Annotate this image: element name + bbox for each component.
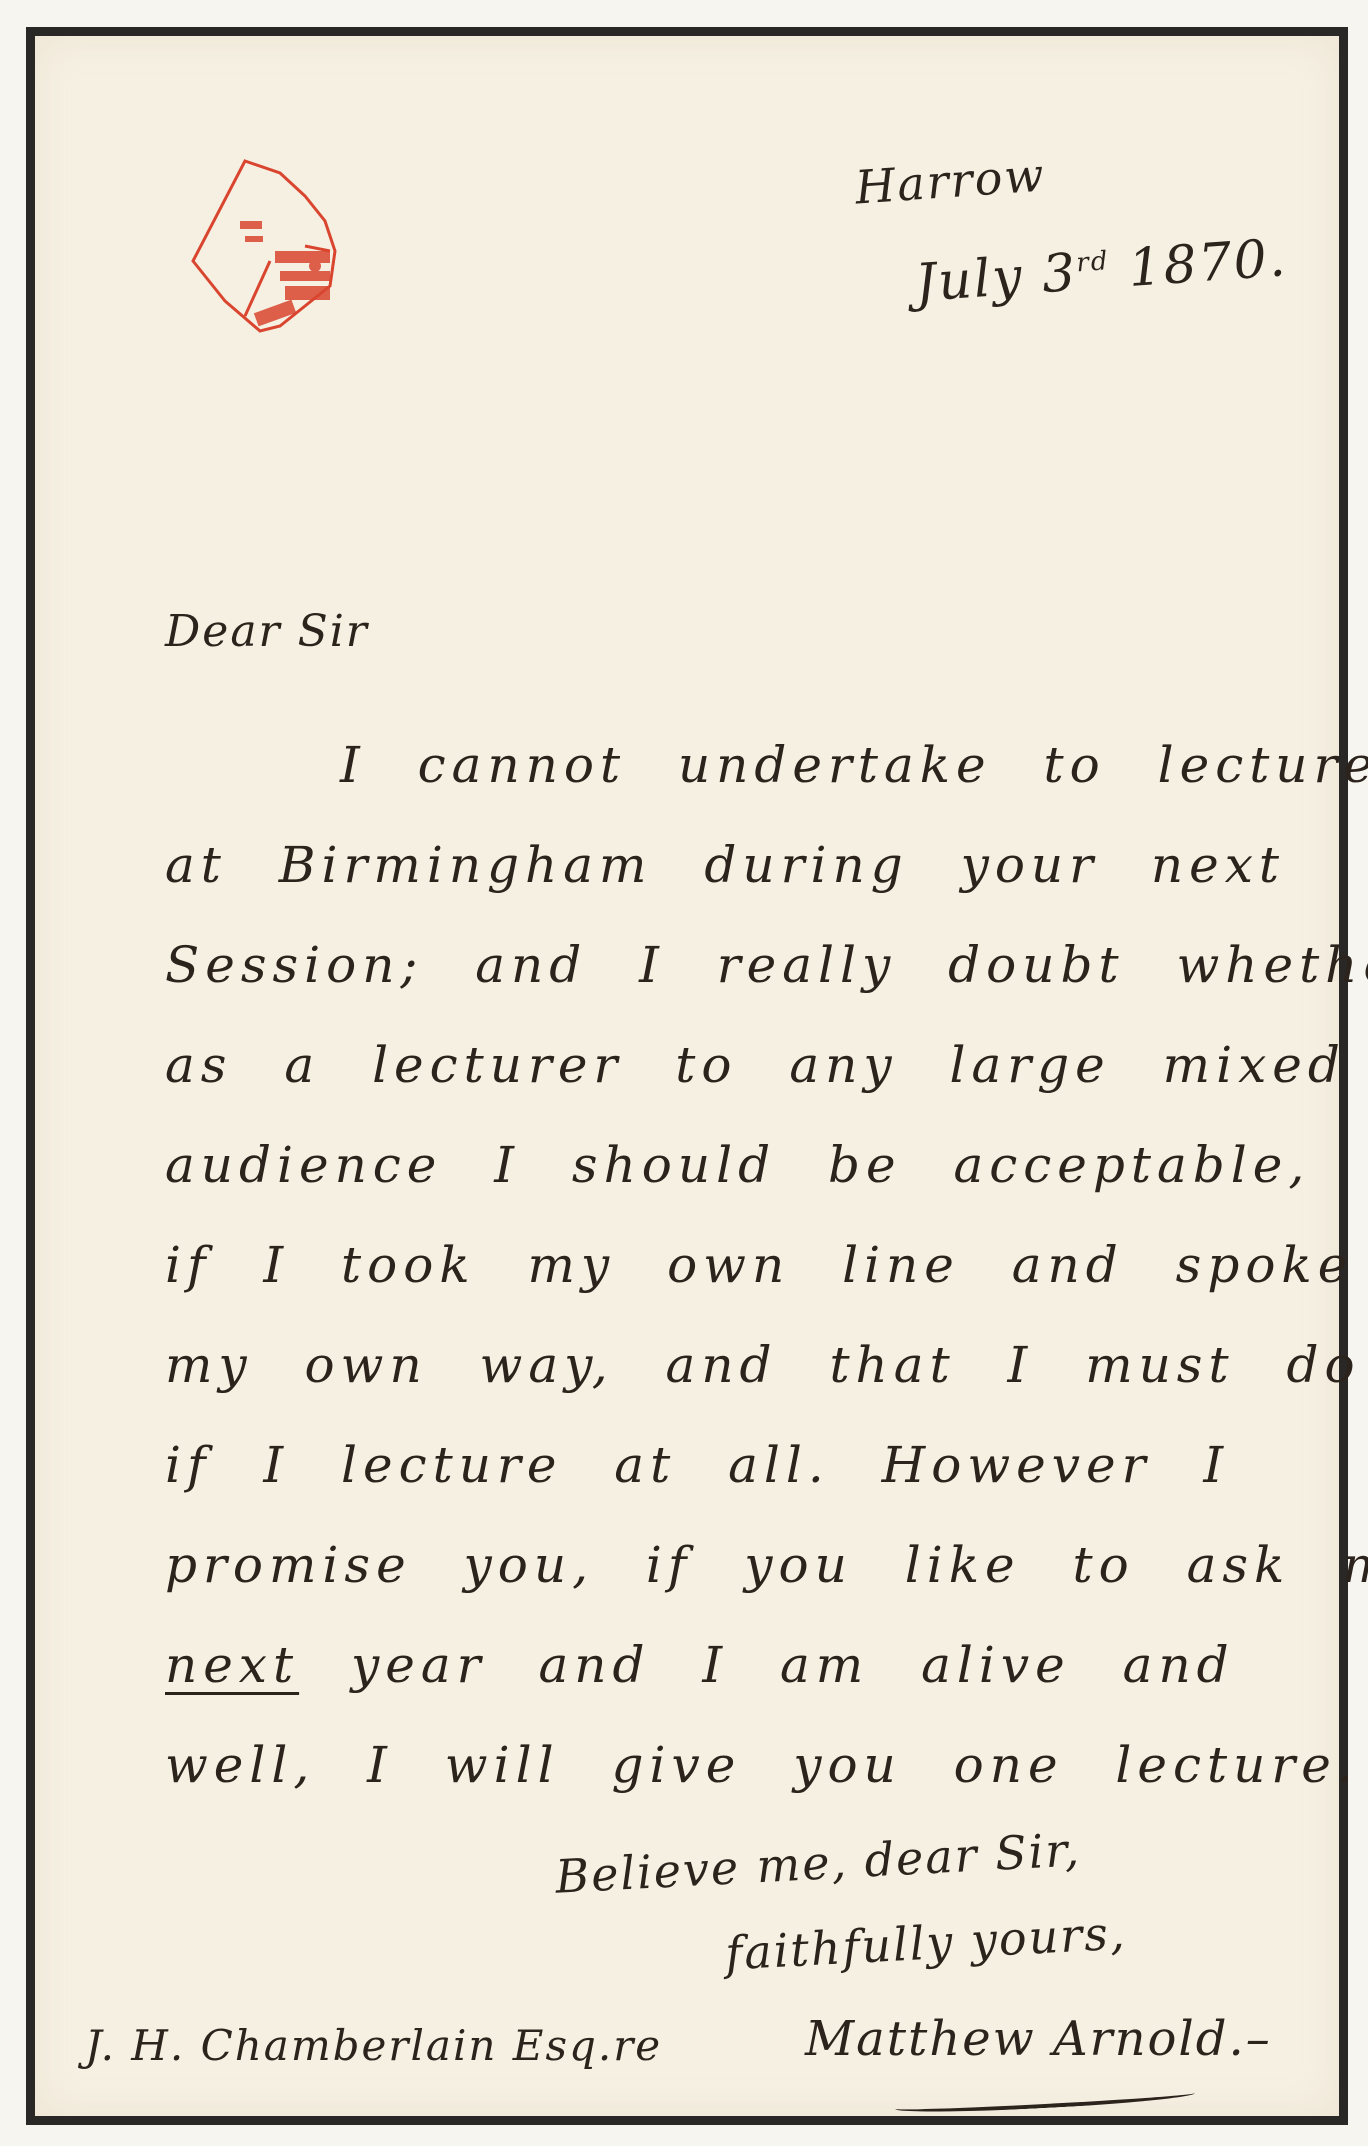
date-year: 1870. (1126, 228, 1289, 299)
body-line: my own way, and that I must do (165, 1336, 1345, 1436)
body-line: if I lecture at all. However I (165, 1436, 1345, 1536)
body-line: as a lecturer to any large mixed (165, 1036, 1345, 1136)
date-month-day: July 3 (913, 243, 1079, 314)
salutation: Dear Sir (165, 606, 369, 657)
letter-sheet: Harrow July 3rd 1870. Dear Sir I cannot … (26, 27, 1348, 2125)
date-ordinal: rd (1075, 246, 1110, 278)
emphasized-word: next (165, 1636, 299, 1694)
body-line: well, I will give you one lecture. (165, 1736, 1345, 1836)
letter-date: July 3rd 1870. (913, 228, 1289, 314)
addressee: J. H. Chamberlain Esq.re (85, 2021, 662, 2070)
body-line: at Birmingham during your next (165, 836, 1345, 936)
body-line: next year and I am alive and (165, 1636, 1345, 1736)
crest-icon (185, 151, 365, 341)
body-line: I cannot undertake to lecture (165, 736, 1345, 836)
signature-underline (895, 2086, 1195, 2116)
letter-place: Harrow (853, 147, 1047, 214)
closing-line-2: faithfully yours, (724, 1906, 1128, 1981)
body-line: Session; and I really doubt whether (165, 936, 1345, 1036)
signature: Matthew Arnold.– (805, 2011, 1272, 2067)
letter-body: I cannot undertake to lecture at Birming… (165, 736, 1345, 1836)
body-line: promise you, if you like to ask me (165, 1536, 1345, 1636)
body-line: audience I should be acceptable, (165, 1136, 1345, 1236)
body-line-rest: year and I am alive and (351, 1636, 1235, 1694)
body-line: if I took my own line and spoke in (165, 1236, 1345, 1336)
